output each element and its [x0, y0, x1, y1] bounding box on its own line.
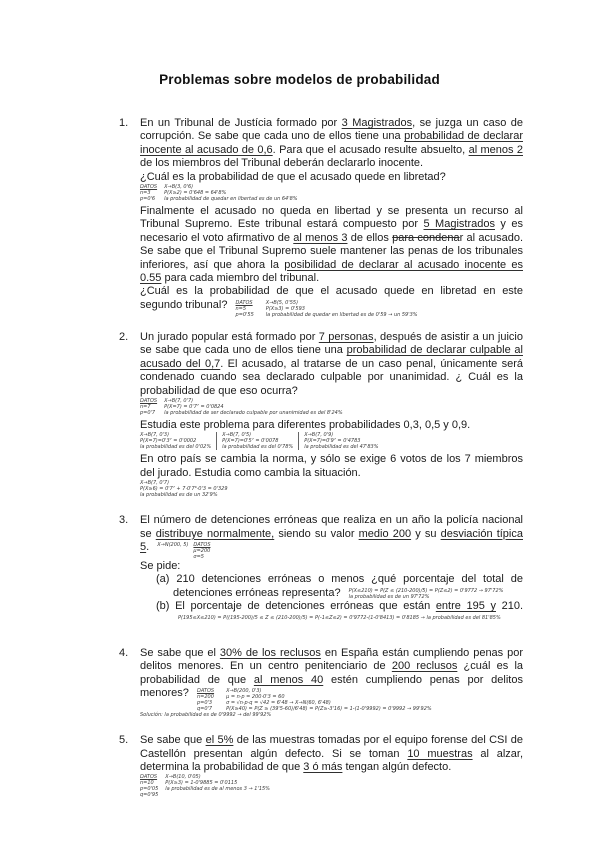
- problem-body: En un Tribunal de Justícia formado por 3…: [140, 117, 523, 318]
- text-segment: 200 reclusos: [392, 660, 458, 672]
- text-segment: Se pide:: [140, 560, 180, 572]
- handwritten-annotation: DATOSn=200p=0'3q=0'7: [197, 688, 214, 712]
- handwritten-line: la probabilidad es de un 97'72%: [349, 594, 504, 600]
- handwritten-line: la probabilidad de ser declarado culpabl…: [164, 410, 343, 416]
- text-segment: Se sabe que: [140, 734, 206, 746]
- handwritten-row: DATOSn=7p=0'7X→B(7, 0'7)P(X=7) = 0'7⁷ = …: [140, 398, 523, 416]
- handwritten-line: p=0'6: [140, 196, 157, 202]
- handwritten-line: DATOS: [236, 300, 254, 306]
- handwritten-annotation: X→B(7, 0'3)P(X=7)=0'3⁷ = 0'0002la probab…: [140, 432, 211, 450]
- text-segment: para cada miembro del tribunal.: [161, 272, 319, 284]
- text-segment: Un jurado popular está formado por: [140, 331, 319, 343]
- handwritten-annotation: DATOSμ=200σ=5: [193, 542, 210, 560]
- handwritten-annotation: DATOSn=3p=0'6: [140, 184, 157, 202]
- problem-body: El número de detenciones erróneas que re…: [140, 514, 523, 627]
- handwritten-row: X→B(7, 0'3)P(X=7)=0'3⁷ = 0'0002la probab…: [140, 432, 523, 450]
- text-segment: 10 muestras: [407, 748, 472, 760]
- handwritten-line: la probabilidad es del 47'83%: [304, 444, 378, 450]
- problem-number: 5.: [119, 734, 140, 801]
- text-segment: de ellos: [347, 232, 392, 244]
- text-segment: El porcentaje de detenciones erróneas qu…: [175, 600, 436, 612]
- text-segment: al menos 40: [254, 674, 323, 686]
- text-segment: siendo su valor: [274, 528, 358, 540]
- paragraph: En otro país se cambia la norma, y sólo …: [140, 453, 523, 480]
- handwritten-line: la probabilidad es de al menos 3 → 1'15%: [165, 786, 270, 792]
- problem-item: 3.El número de detenciones erróneas que …: [119, 514, 523, 627]
- handwritten-annotation: X→B(10, 0'05)P(X≥3) = 1-0'9885 = 0'0115l…: [165, 774, 270, 792]
- handwritten-line: la probabilidad de quedar en libertad es…: [164, 196, 297, 202]
- handwritten-annotation: DATOSn=10p=0'05q=0'95: [140, 774, 158, 798]
- handwritten-line: la probabilidad es del 0'78%: [222, 444, 293, 450]
- handwritten-line: p=0'7: [140, 410, 157, 416]
- text-segment: 5 Magistrados: [424, 218, 495, 230]
- handwritten-annotation: X→B(7, 0'7)P(X≥6) = 0'7⁷ + 7·0'7⁶·0'3 = …: [140, 480, 228, 498]
- paragraph: Un jurado popular está formado por 7 per…: [140, 331, 523, 398]
- problem-number: 4.: [119, 647, 140, 721]
- problem-item: 1.En un Tribunal de Justícia formado por…: [119, 117, 523, 318]
- text-segment: 210.: [496, 600, 523, 612]
- page-title: Problemas sobre modelos de probabilidad: [0, 72, 599, 87]
- handwritten-line: Solución: la probabilidad es de 0'9992 →…: [140, 712, 271, 718]
- handwritten-annotation: P(X≤210) = P(Z ≤ (210-200)/5) = P(Z≤2) =…: [349, 588, 504, 600]
- text-segment: el 5%: [206, 734, 234, 746]
- handwritten-annotation: DATOSn=7p=0'7: [140, 398, 157, 416]
- handwritten-line: P(195≤X≤210) = P((195-200)/5 ≤ Z ≤ (210-…: [178, 615, 501, 621]
- text-segment: En otro país se cambia la norma, y sólo …: [140, 453, 523, 478]
- text-segment: . Para que el acusado resulte absuelto,: [273, 144, 469, 156]
- sub-question-label: (b): [156, 600, 175, 612]
- handwritten-row: X→B(7, 0'7)P(X≥6) = 0'7⁷ + 7·0'7⁶·0'3 = …: [140, 480, 523, 498]
- handwritten-row: Solución: la probabilidad es de 0'9992 →…: [140, 712, 523, 718]
- handwritten-row: DATOSn=10p=0'05q=0'95X→B(10, 0'05)P(X≥3)…: [140, 774, 523, 798]
- handwritten-row: DATOSn=3p=0'6X→B(3, 0'6)P(X≥2) = 0'648 =…: [140, 184, 523, 202]
- text-segment: para condena: [392, 232, 459, 244]
- paragraph: Se sabe que el 5% de las muestras tomada…: [140, 734, 523, 774]
- paragraph: En un Tribunal de Justícia formado por 3…: [140, 117, 523, 171]
- document-page: Problemas sobre modelos de probabilidad …: [0, 0, 599, 848]
- handwritten-line: σ=5: [193, 554, 210, 560]
- handwritten-line: la probabilidad es del 0'02%: [140, 444, 211, 450]
- text-segment: 7 personas: [319, 331, 374, 343]
- text-segment: En un Tribunal de Justícia formado por: [140, 117, 342, 129]
- text-segment: .: [146, 541, 152, 553]
- text-segment: al menos 3: [293, 232, 347, 244]
- handwritten-line: X→N(200, 5): [157, 542, 188, 548]
- handwritten-annotation: X→N(200, 5): [157, 542, 188, 548]
- paragraph: Se pide:: [140, 560, 523, 573]
- problem-number: 2.: [119, 331, 140, 501]
- text-segment: ¿Cuál es la probabilidad de que el acusa…: [140, 171, 446, 183]
- paragraph: ¿Cuál es la probabilidad de que el acusa…: [140, 285, 523, 317]
- problem-body: Se sabe que el 30% de los reclusos en Es…: [140, 647, 523, 721]
- text-segment: al menos 2: [469, 144, 523, 156]
- handwritten-line: p=0'55: [236, 312, 254, 318]
- problem-body: Se sabe que el 5% de las muestras tomada…: [140, 734, 523, 801]
- paragraph: Finalmente el acusado no queda en libert…: [140, 205, 523, 285]
- text-segment: 3 Magistrados: [342, 117, 412, 129]
- handwritten-annotation: X→B(7, 0'9)P(X=7)=0'9⁷ = 0'4783la probab…: [298, 432, 378, 450]
- text-segment: distribuye normalmente,: [156, 528, 274, 540]
- problem-list: 1.En un Tribunal de Justícia formado por…: [119, 117, 523, 801]
- problem-number: 1.: [119, 117, 140, 318]
- handwritten-annotation: X→B(5, 0'55)P(X≥3) = 0'593la probabilida…: [266, 300, 418, 318]
- text-segment: 30% de los reclusos: [220, 647, 321, 659]
- text-segment: de los miembros del Tribunal deberán dec…: [140, 157, 423, 169]
- sub-question-label: (a): [156, 573, 176, 585]
- text-segment: Se sabe que el: [140, 647, 220, 659]
- handwritten-annotation: P(195≤X≤210) = P((195-200)/5 ≤ Z ≤ (210-…: [178, 615, 501, 621]
- paragraph: El número de detenciones erróneas que re…: [140, 514, 523, 560]
- handwritten-line: la probabilidad es de un 32'9%: [140, 492, 228, 498]
- handwritten-line: P(X≤210) = P(Z ≤ (210-200)/5) = P(Z≤2) =…: [349, 588, 504, 594]
- handwritten-annotation: X→B(3, 0'6)P(X≥2) = 0'648 = 64'8%la prob…: [164, 184, 297, 202]
- handwritten-line: q=0'95: [140, 792, 158, 798]
- paragraph: Se sabe que el 30% de los reclusos en Es…: [140, 647, 523, 712]
- problem-number: 3.: [119, 514, 140, 627]
- problem-item: 2.Un jurado popular está formado por 7 p…: [119, 331, 523, 501]
- handwritten-annotation: X→B(7, 0'7)P(X=7) = 0'7⁷ = 0'0824la prob…: [164, 398, 343, 416]
- paragraph: ¿Cuál es la probabilidad de que el acusa…: [140, 171, 523, 184]
- text-segment: Estudia este problema para diferentes pr…: [140, 419, 470, 431]
- text-segment: 3 ó más: [303, 761, 342, 773]
- handwritten-annotation: Solución: la probabilidad es de 0'9992 →…: [140, 712, 271, 718]
- sub-question: (b) El porcentaje de detenciones errónea…: [140, 600, 523, 627]
- problem-body: Un jurado popular está formado por 7 per…: [140, 331, 523, 501]
- problem-item: 5.Se sabe que el 5% de las muestras toma…: [119, 734, 523, 801]
- handwritten-annotation: X→B(7, 0'5)P(X=7)=0'5⁷ = 0'0078la probab…: [216, 432, 293, 450]
- handwritten-line: la probabilidad de quedar en libertad es…: [266, 312, 418, 318]
- sub-question: (a) 210 detenciones erróneas o menos ¿qu…: [140, 573, 523, 600]
- text-segment: y su: [411, 528, 441, 540]
- text-segment: entre 195 y: [436, 600, 496, 612]
- paragraph: Estudia este problema para diferentes pr…: [140, 419, 523, 432]
- handwritten-annotation: X→B(200, 0'3)μ = n·p = 200·0'3 = 60σ = √…: [226, 688, 432, 712]
- handwritten-annotation: DATOSn=5p=0'55: [236, 300, 254, 318]
- text-segment: medio 200: [359, 528, 411, 540]
- text-segment: tengan algún defecto.: [342, 761, 451, 773]
- problem-item: 4.Se sabe que el 30% de los reclusos en …: [119, 647, 523, 721]
